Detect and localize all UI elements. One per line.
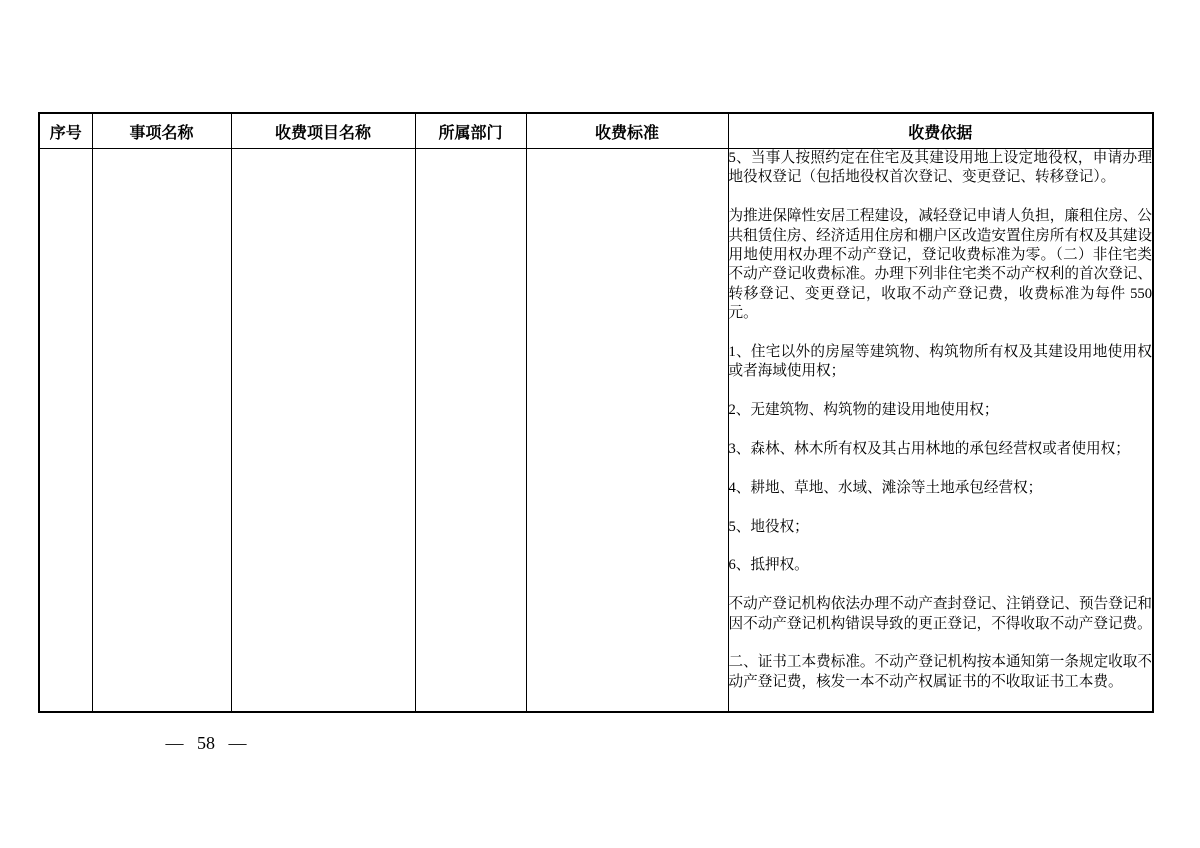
fee-table-wrapper: 序号 事项名称 收费项目名称 所属部门 收费标准 收费依据 5、当事人按照约定在… <box>38 112 1152 713</box>
fee-basis-paragraph: 为推进保障性安居工程建设，减轻登记申请人负担，廉租住房、公共租赁住房、经济适用住… <box>729 207 1153 323</box>
fee-basis-paragraph: 4、耕地、草地、水域、滩涂等土地承包经营权； <box>729 479 1153 498</box>
header-fee-item-name: 收费项目名称 <box>231 113 415 149</box>
fee-basis-paragraph: 1、住宅以外的房屋等建筑物、构筑物所有权及其建设用地使用权或者海域使用权； <box>729 343 1153 382</box>
page-number: — 58 — <box>158 733 254 754</box>
header-fee-standard: 收费标准 <box>526 113 728 149</box>
fee-basis-paragraph: 二、证书工本费标准。不动产登记机构按本通知第一条规定收取不动产登记费，核发一本不… <box>729 653 1153 692</box>
header-department: 所属部门 <box>415 113 526 149</box>
fee-basis-paragraph: 不动产登记机构依法办理不动产查封登记、注销登记、预告登记和因不动产登记机构错误导… <box>729 595 1153 634</box>
header-fee-basis: 收费依据 <box>728 113 1153 149</box>
fee-item-name-cell <box>231 149 415 713</box>
fee-basis-cell: 5、当事人按照约定在住宅及其建设用地上设定地役权，申请办理地役权登记（包括地役权… <box>728 149 1153 713</box>
fee-basis-paragraph: 5、当事人按照约定在住宅及其建设用地上设定地役权，申请办理地役权登记（包括地役权… <box>729 149 1153 188</box>
fee-basis-paragraph: 2、无建筑物、构筑物的建设用地使用权； <box>729 401 1153 420</box>
table-row: 5、当事人按照约定在住宅及其建设用地上设定地役权，申请办理地役权登记（包括地役权… <box>39 149 1153 713</box>
fee-basis-paragraph: 5、地役权； <box>729 518 1153 537</box>
department-cell <box>415 149 526 713</box>
fee-basis-paragraph: 6、抵押权。 <box>729 556 1153 575</box>
header-serial: 序号 <box>39 113 92 149</box>
fee-standard-cell <box>526 149 728 713</box>
fee-table: 序号 事项名称 收费项目名称 所属部门 收费标准 收费依据 5、当事人按照约定在… <box>38 112 1154 713</box>
item-name-cell <box>92 149 231 713</box>
header-item-name: 事项名称 <box>92 113 231 149</box>
header-row: 序号 事项名称 收费项目名称 所属部门 收费标准 收费依据 <box>39 113 1153 149</box>
serial-cell <box>39 149 92 713</box>
document-page: { "document": { "page_number": "— 58 —" … <box>0 0 1200 848</box>
fee-basis-paragraph: 3、森林、林木所有权及其占用林地的承包经营权或者使用权； <box>729 440 1153 459</box>
